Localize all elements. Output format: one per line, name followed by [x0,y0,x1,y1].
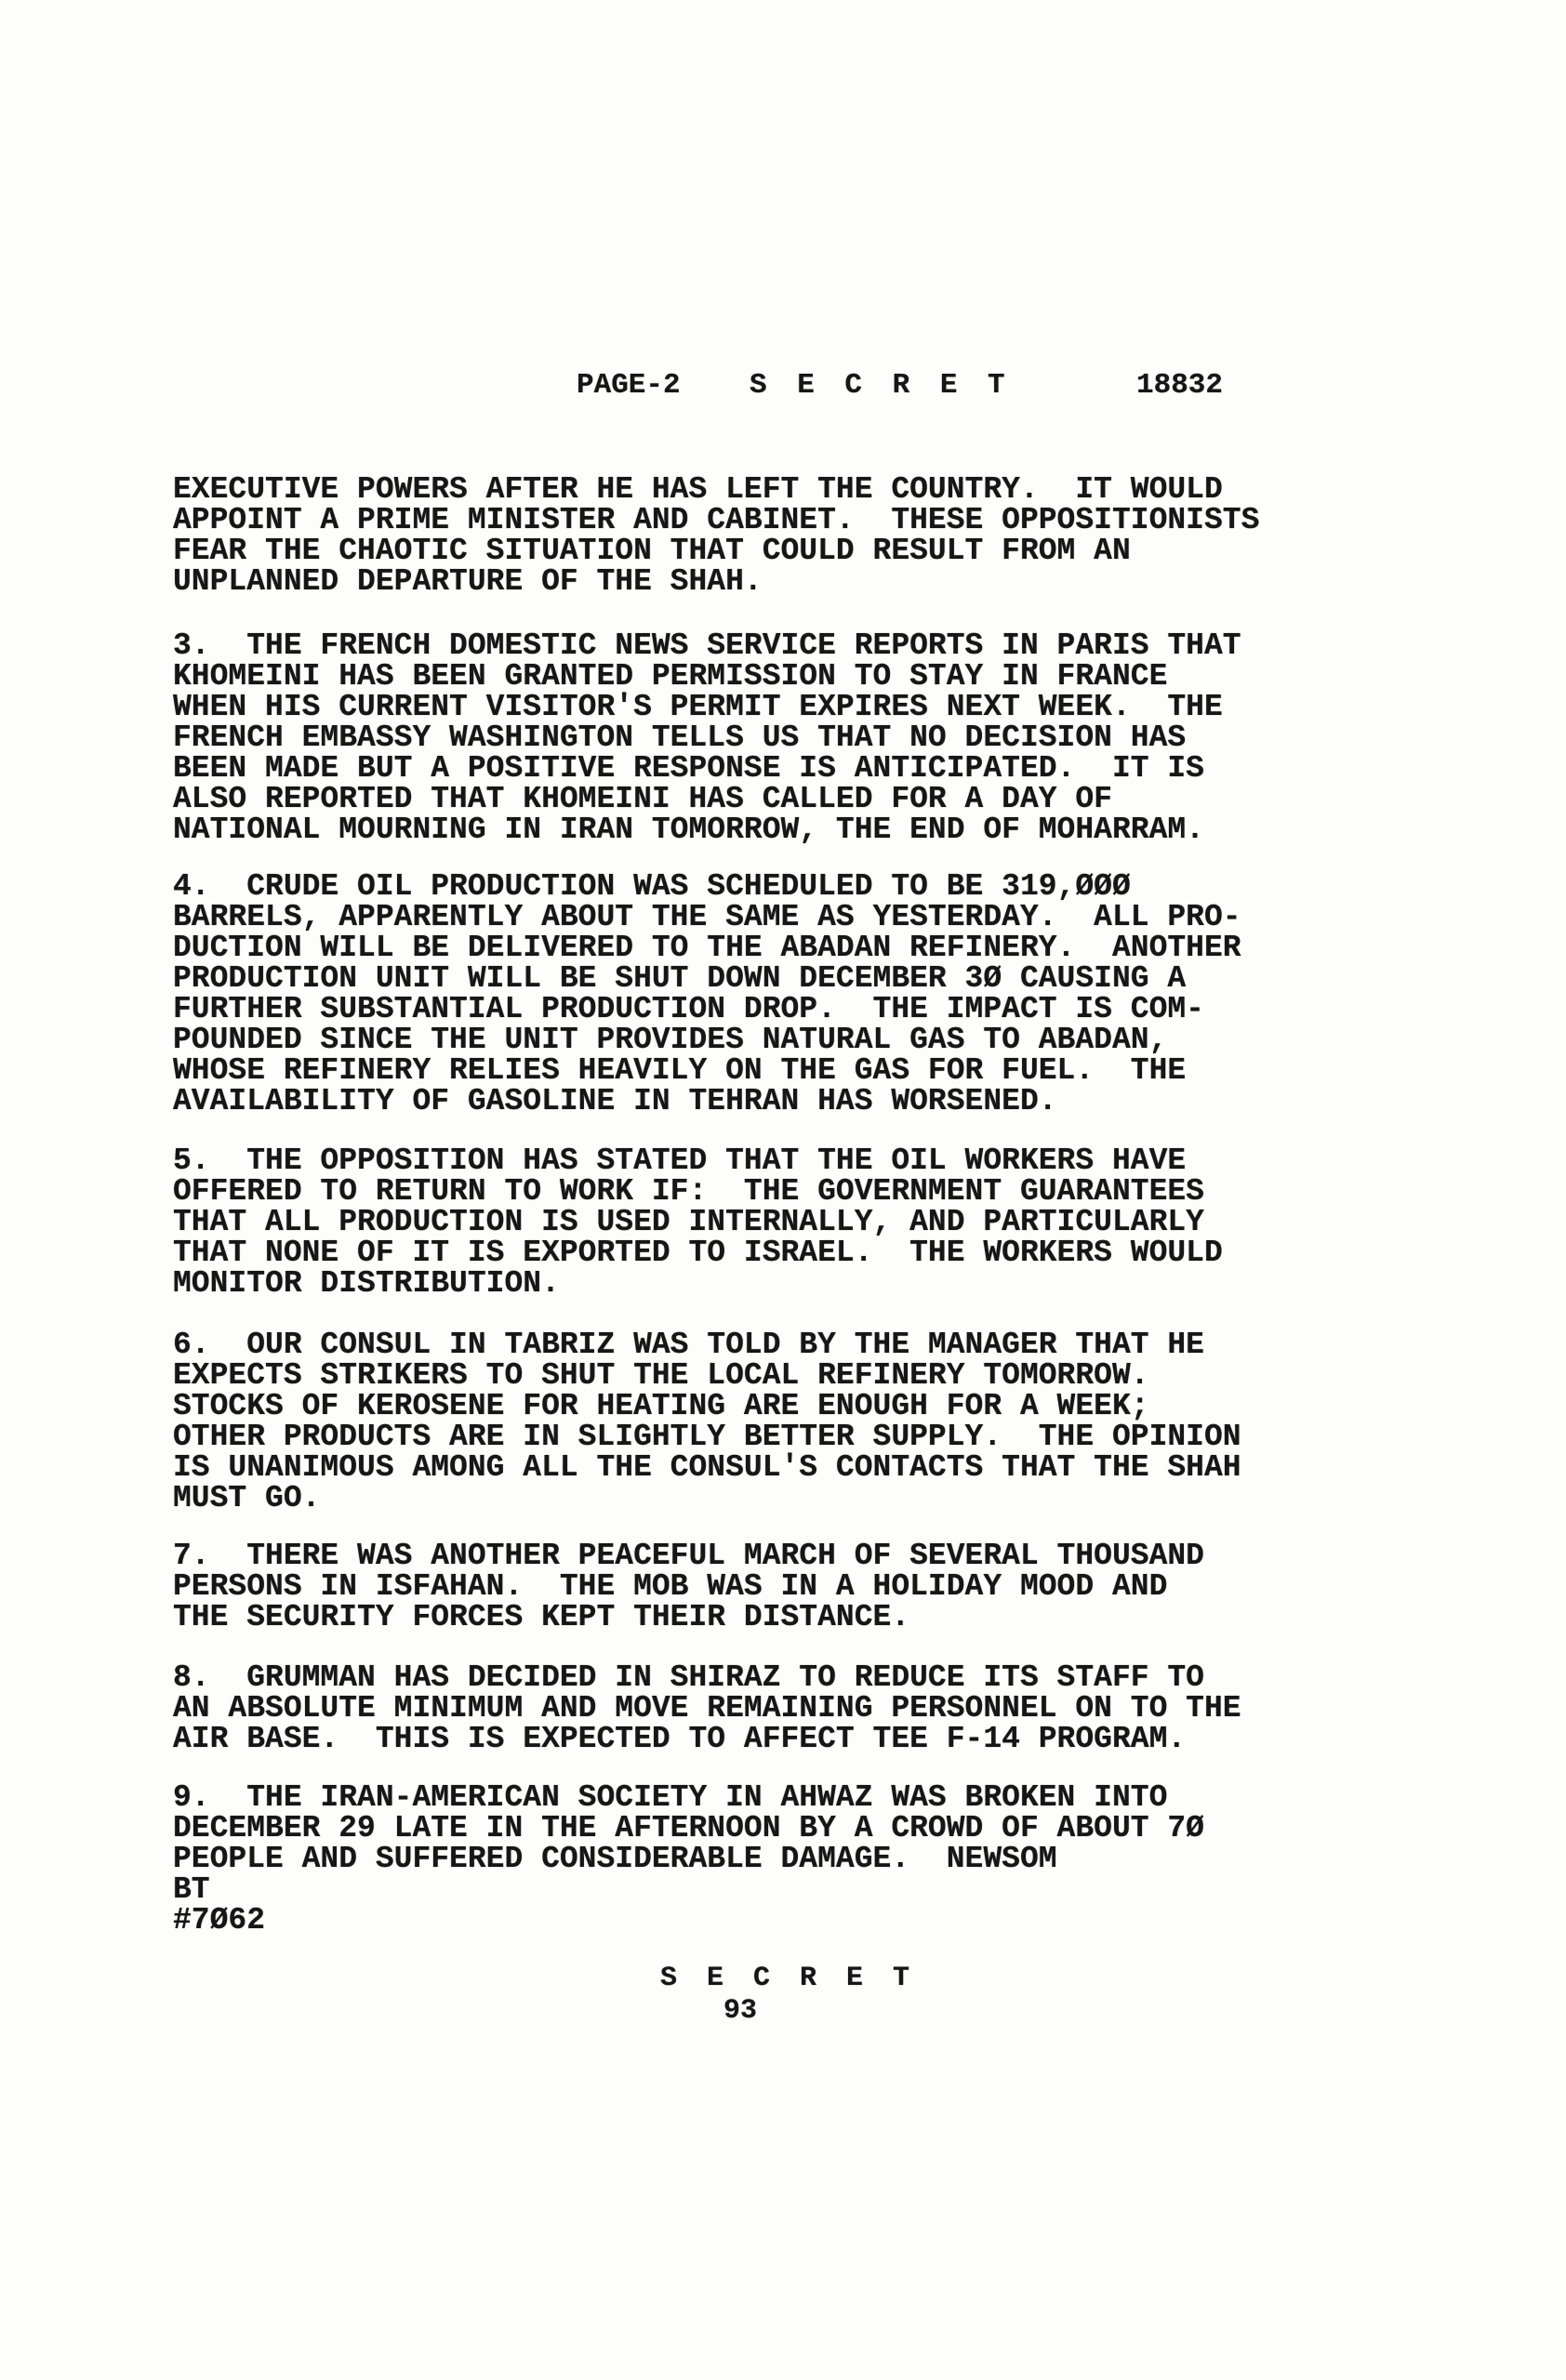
paragraph-6: 6. OUR CONSUL IN TABRIZ WAS TOLD BY THE … [173,1329,1241,1514]
paragraph-continuation: EXECUTIVE POWERS AFTER HE HAS LEFT THE C… [173,474,1259,597]
footer-page-number: 93 [723,1996,757,2027]
paragraph-7: 7. THERE WAS ANOTHER PEACEFUL MARCH OF S… [173,1540,1204,1633]
header-classification: S E C R E T [750,370,1012,401]
header-doc-number: 18832 [1136,370,1223,401]
paragraph-3: 3. THE FRENCH DOMESTIC NEWS SERVICE REPO… [173,630,1241,845]
paragraph-8: 8. GRUMMAN HAS DECIDED IN SHIRAZ TO REDU… [173,1662,1241,1754]
document-page: PAGE-2 S E C R E T 18832 EXECUTIVE POWER… [0,0,1566,2380]
header-page-label: PAGE-2 [577,370,681,401]
paragraph-9-signature: 9. THE IRAN-AMERICAN SOCIETY IN AHWAZ WA… [173,1782,1204,1936]
footer-classification: S E C R E T [660,1963,916,1994]
paragraph-4: 4. CRUDE OIL PRODUCTION WAS SCHEDULED TO… [173,871,1241,1117]
paragraph-5: 5. THE OPPOSITION HAS STATED THAT THE OI… [173,1145,1223,1299]
